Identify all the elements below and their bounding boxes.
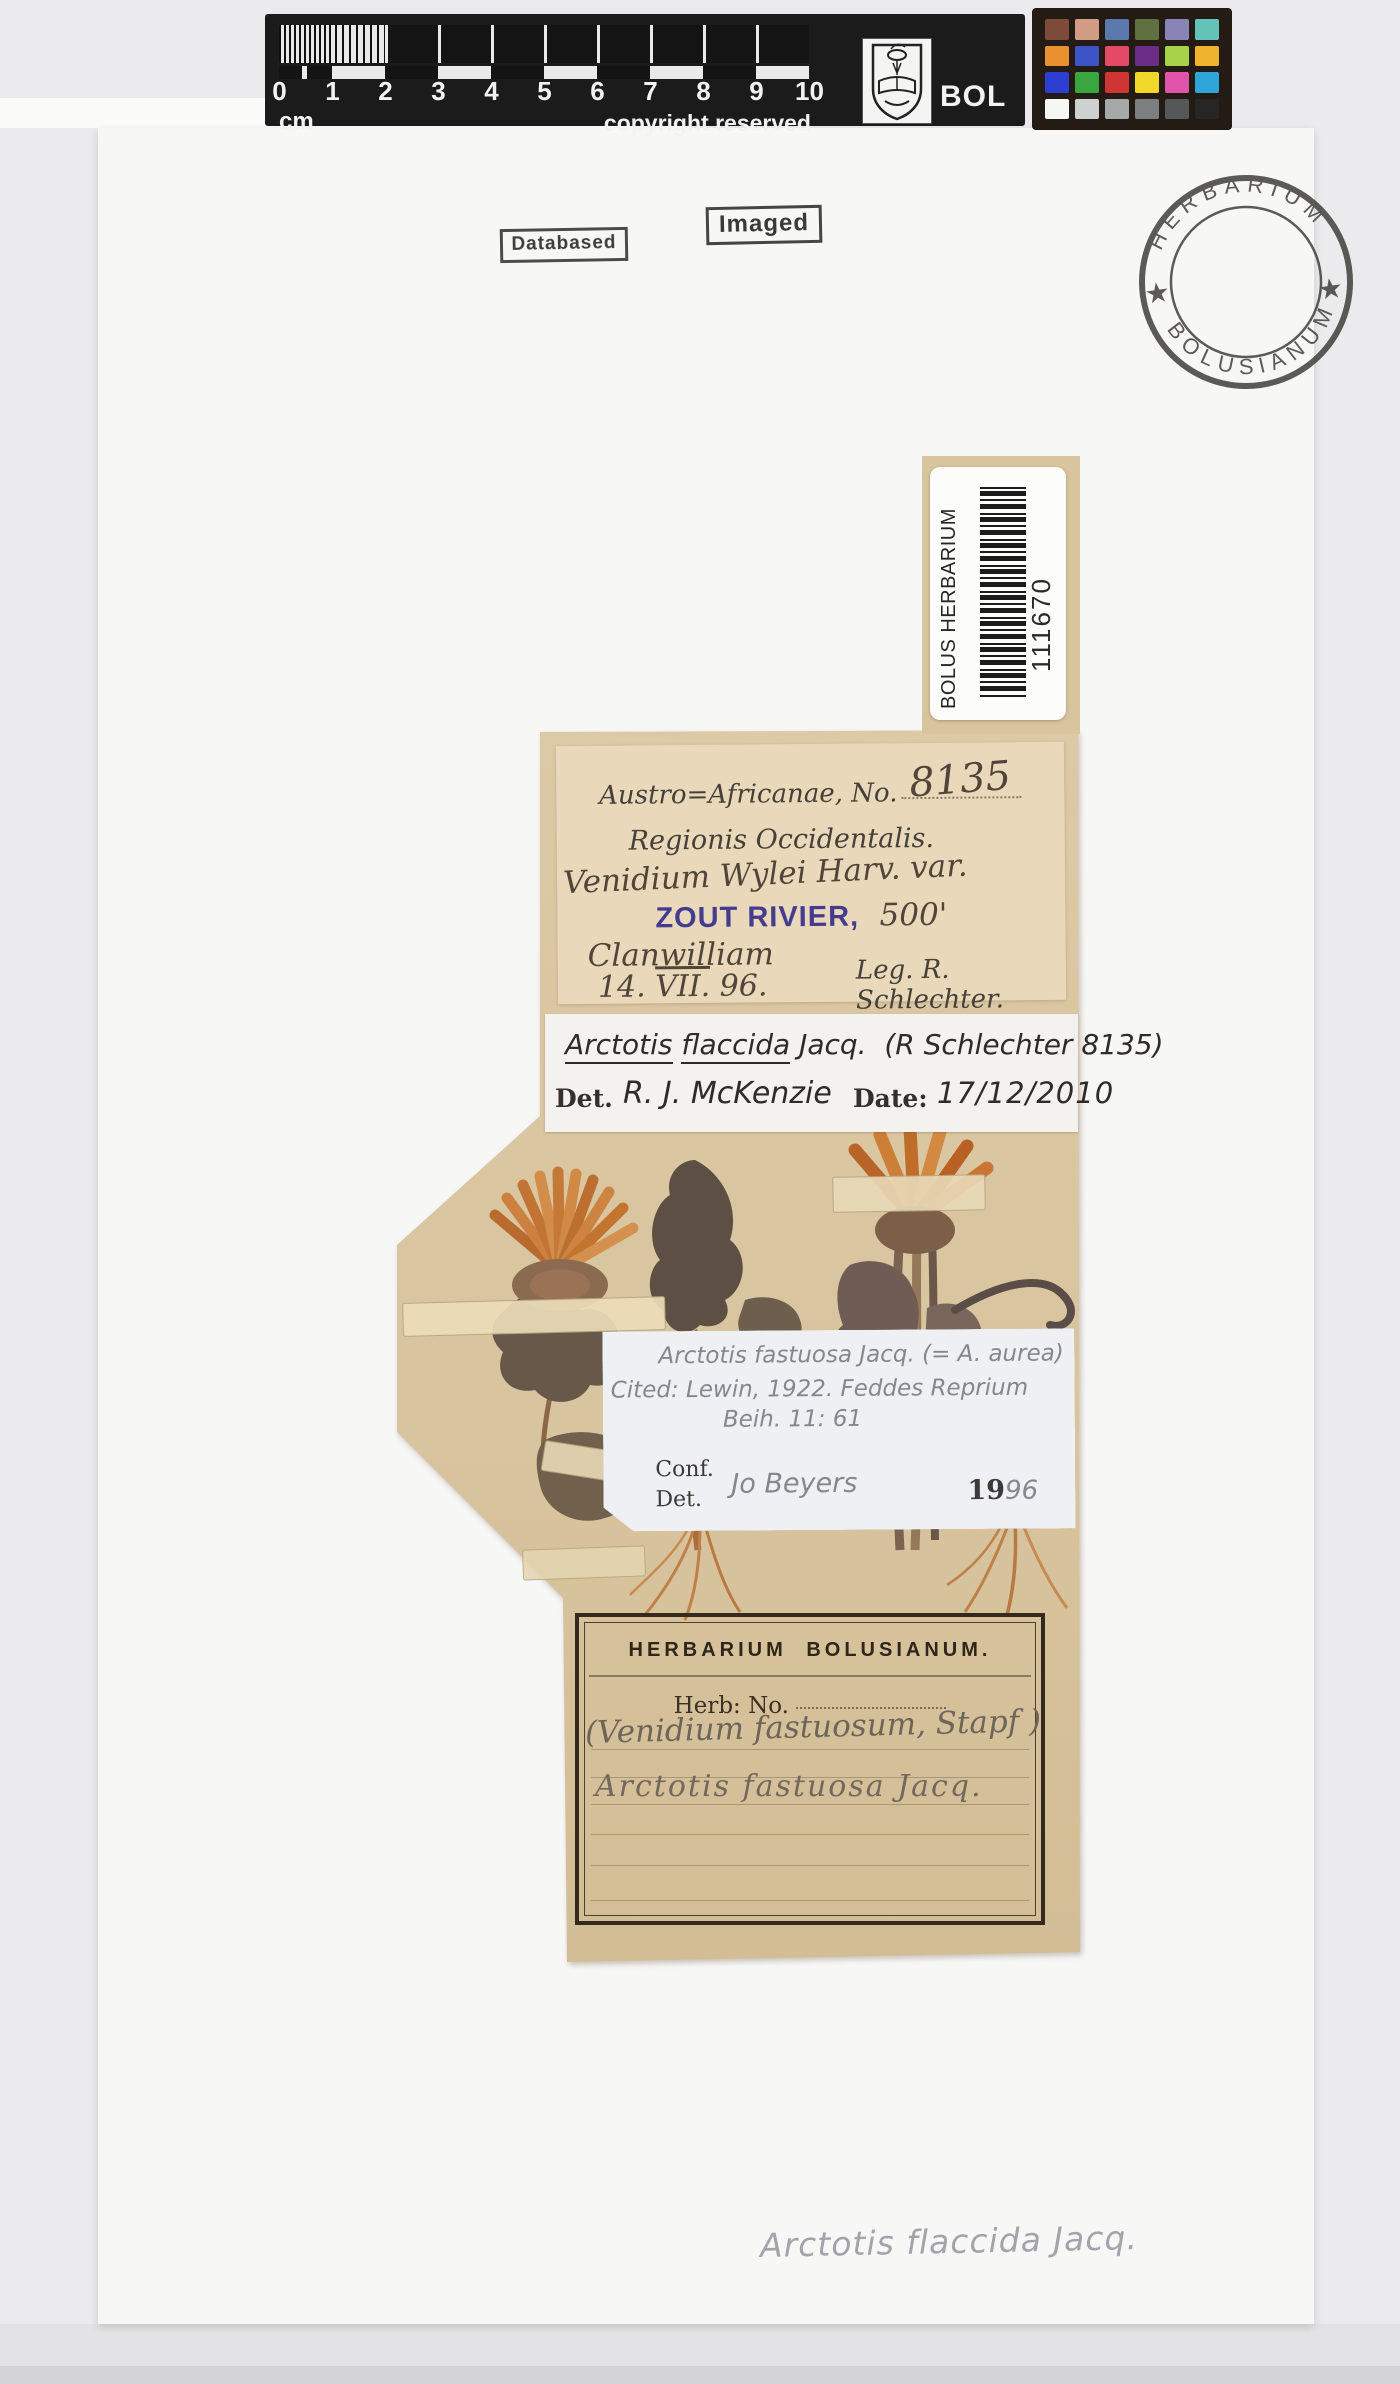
determination-label-1996: Arctotis fastuosa Jacq. (= A. aurea) Cit…: [602, 1328, 1075, 1531]
collection-label: Austro=Africanae, No.8135 Regionis Occid…: [556, 742, 1066, 1004]
color-patch: [1195, 46, 1219, 67]
main-label-taxon: Arctotis fastuosa Jacq.: [595, 1769, 983, 1804]
color-checker-card: [1032, 8, 1232, 130]
herbarium-title: HERBARIUM BOLUSIANUM.: [579, 1639, 1041, 1662]
color-patch: [1105, 19, 1129, 40]
collection-locality: ZOUT RIVIER, 500': [655, 897, 947, 936]
collection-series: Austro=Africanae, No.8135: [556, 764, 1064, 814]
color-patch: [1135, 19, 1159, 40]
round-stamp-bottom-text: BOLUSIANUM: [1161, 295, 1349, 391]
color-patch: [1105, 72, 1129, 93]
color-patch: [1045, 19, 1069, 40]
color-patch: [1105, 46, 1129, 67]
barcode-institution: BOLUS HERBARIUM: [938, 479, 961, 709]
scan-background-edge: [0, 2366, 1400, 2384]
color-patch: [1165, 46, 1189, 67]
herbarium-scan: Austro=Africanae, No.8135 Regionis Occid…: [0, 0, 1400, 2384]
scale-checker-pattern: [279, 25, 809, 80]
color-patch: [1135, 72, 1159, 93]
svg-text:BOLUSIANUM: BOLUSIANUM: [1161, 295, 1349, 391]
det-2010-taxon: Arctotis flaccida Jacq. (R Schlechter 81…: [565, 1028, 1164, 1061]
altitude: 500': [879, 897, 947, 934]
det-prefix: Det.: [555, 1084, 613, 1113]
round-herbarium-stamp: HERBARIUM BOLUSIANUM ★ ★: [1113, 149, 1380, 416]
color-patch: [1135, 46, 1159, 67]
scale-numbers: 01 23 45 67 89 10: [253, 76, 836, 107]
barcode-icon: [980, 487, 1026, 699]
herbarium-main-label: HERBARIUM BOLUSIANUM. Herb: No. (Venidiu…: [575, 1613, 1045, 1925]
uct-crest-icon: [862, 38, 932, 124]
collection-date: 14. VII. 96.: [598, 968, 768, 1004]
color-patch: [1045, 72, 1069, 93]
pencil-annotation: Arctotis flaccida Jacq.: [760, 2218, 1139, 2265]
det-label: Det.: [655, 1487, 702, 1512]
imaged-stamp: Imaged: [706, 205, 823, 245]
conf-label: Conf.: [655, 1457, 714, 1482]
color-patch: [1075, 72, 1099, 93]
ruled-line: [591, 1900, 1029, 1901]
divider: [589, 1675, 1031, 1677]
collection-taxon: Venidium Wylei Harv. var.: [562, 848, 968, 902]
cm-unit-label: cm: [279, 108, 314, 136]
databased-stamp: Databased: [500, 227, 629, 263]
star-icon: ★: [1316, 272, 1345, 306]
color-patch: [1045, 46, 1069, 67]
ruled-line: [591, 1804, 1029, 1805]
color-patch: [1075, 46, 1099, 67]
barcode-number: 111670: [1026, 522, 1057, 672]
color-patch: [1195, 72, 1219, 93]
det-1996-citation-2: Beih. 11: 61: [723, 1406, 862, 1433]
determiner-1996: Jo Beyers: [731, 1468, 857, 1500]
photo-scale-bar: 01 23 45 67 89 10 cm copyright reserved …: [265, 14, 1025, 126]
color-patch: [1075, 19, 1099, 40]
det-1996-taxon: Arctotis fastuosa Jacq. (= A. aurea): [658, 1340, 1063, 1369]
barcode-label: BOLUS HERBARIUM 111670: [930, 467, 1066, 720]
star-icon: ★: [1143, 276, 1172, 310]
determination-label-2010: Arctotis flaccida Jacq. (R Schlechter 81…: [545, 1014, 1078, 1132]
color-patch: [1075, 99, 1099, 120]
det-year-1996: 1996: [967, 1475, 1038, 1506]
color-patch: [1105, 99, 1129, 120]
determiner-2010: R. J. McKenzie: [623, 1076, 832, 1111]
color-patch: [1045, 99, 1069, 120]
color-patch: [1165, 72, 1189, 93]
institution-code: BOL: [940, 80, 1006, 114]
ruled-line: [591, 1865, 1029, 1866]
color-patch: [1165, 99, 1189, 120]
date-prefix: Date:: [853, 1084, 928, 1113]
color-patch: [1135, 99, 1159, 120]
copyright-notice: copyright reserved: [545, 110, 811, 137]
color-patch: [1195, 99, 1219, 120]
collector: Leg. R. Schlechter.: [856, 954, 1067, 1016]
det-date-2010: 17/12/2010: [937, 1076, 1114, 1110]
det-1996-citation: Cited: Lewin, 1922. Feddes Reprium: [611, 1375, 1029, 1404]
color-patch: [1195, 19, 1219, 40]
locality-stamp: ZOUT RIVIER,: [655, 901, 859, 935]
ruled-line: [591, 1834, 1029, 1835]
color-patch: [1165, 19, 1189, 40]
